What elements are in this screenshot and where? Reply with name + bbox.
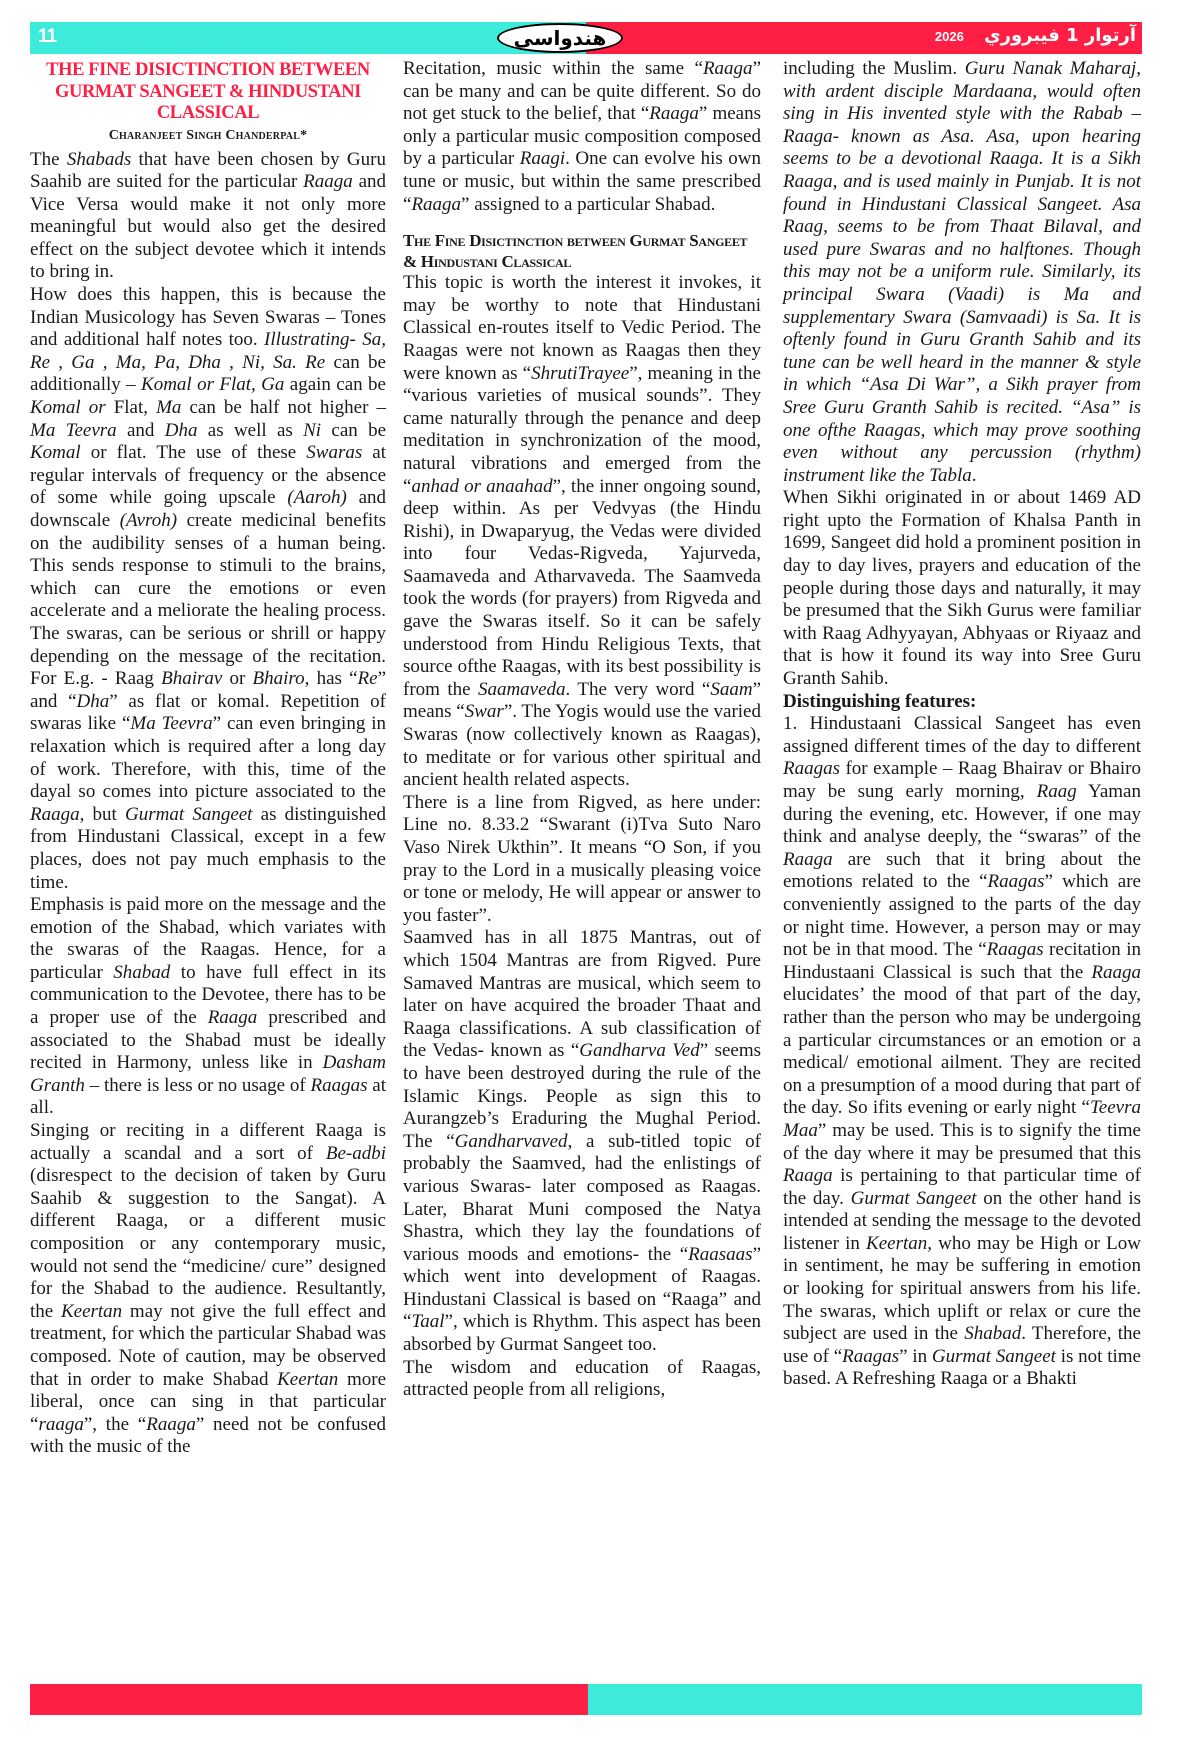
masthead-logo: هندواسي xyxy=(497,23,623,53)
paragraph: Recitation, music within the same “Raaga… xyxy=(403,58,761,216)
paragraph: Saamved has in all 1875 Mantras, out of … xyxy=(403,927,761,1356)
article-byline: Charanjeet Singh Chanderpal* xyxy=(30,127,386,145)
article-column-3: including the Muslim. Guru Nanak Maharaj… xyxy=(783,58,1141,1391)
footer-band-left xyxy=(30,1684,588,1715)
dateline-text: آرتوار 1 فيبروري xyxy=(984,25,1136,46)
paragraph: Emphasis is paid more on the message and… xyxy=(30,894,386,1120)
paragraph: The Shabads that have been chosen by Gur… xyxy=(30,149,386,285)
distinguishing-features-heading: Distinguishing features: xyxy=(783,691,1141,714)
masthead-text: هندواسي xyxy=(514,26,607,50)
page-number: 11 xyxy=(38,26,56,48)
paragraph: including the Muslim. Guru Nanak Maharaj… xyxy=(783,58,1141,487)
paragraph: Singing or reciting in a different Raaga… xyxy=(30,1120,386,1459)
article-column-2: Recitation, music within the same “Raaga… xyxy=(403,58,761,1402)
section-subheading: The Fine Disictinction between Gurmat Sa… xyxy=(403,230,761,272)
dateline-year: 2026 xyxy=(935,29,964,44)
paragraph: How does this happen, this is because th… xyxy=(30,284,386,894)
article-title: THE FINE DISICTINCTION BETWEEN GURMAT SA… xyxy=(30,60,386,125)
page-header: 11 هندواسي آرتوار 1 فيبروري 2026 xyxy=(30,22,1142,54)
paragraph: There is a line from Rigved, as here und… xyxy=(403,792,761,928)
paragraph: This topic is worth the interest it invo… xyxy=(403,272,761,792)
footer-band-right xyxy=(588,1684,1142,1715)
paragraph: The wisdom and education of Raagas, attr… xyxy=(403,1357,761,1402)
article-column-1: THE FINE DISICTINCTION BETWEEN GURMAT SA… xyxy=(30,58,386,1459)
paragraph: When Sikhi originated in or about 1469 A… xyxy=(783,487,1141,690)
page-footer xyxy=(30,1684,1142,1715)
dateline: آرتوار 1 فيبروري 2026 xyxy=(935,25,1136,46)
paragraph: 1. Hindustaani Classical Sangeet has eve… xyxy=(783,713,1141,1391)
